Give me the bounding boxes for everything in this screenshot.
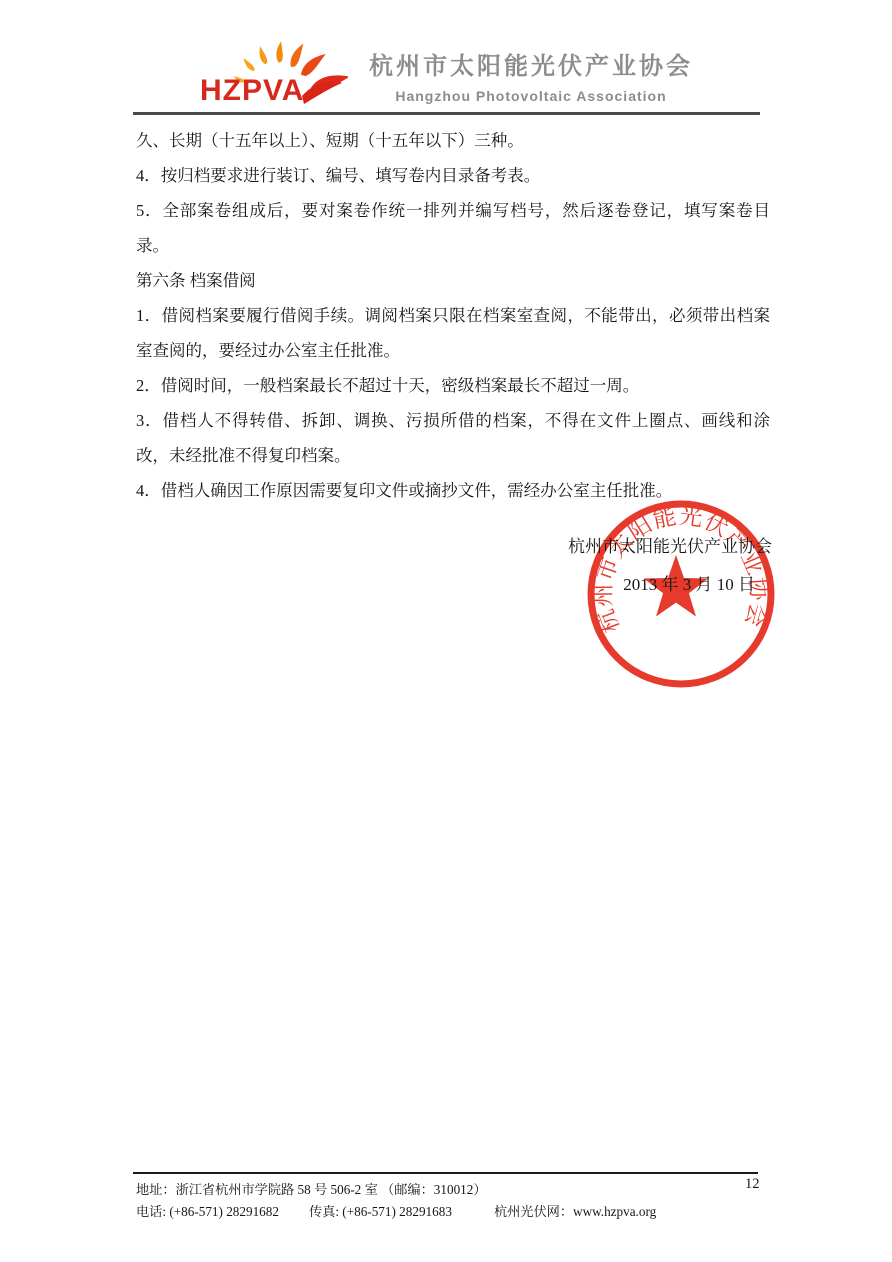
signature-org: 杭州市太阳能光伏产业协会 bbox=[136, 533, 772, 561]
footer-fax: 传真: (+86-571) 28291683 bbox=[309, 1204, 452, 1219]
org-title-block: 杭州市太阳能光伏产业协会 Hangzhou Photovoltaic Assoc… bbox=[368, 46, 694, 104]
paragraph: 3．借档人不得转借、拆卸、调换、污损所借的档案，不得在文件上圈点、画线和涂改，未… bbox=[136, 403, 770, 473]
org-name-en: Hangzhou Photovoltaic Association bbox=[368, 88, 694, 104]
paragraph: 1．借阅档案要履行借阅手续。调阅档案只限在档案室查阅，不能带出，必须带出档案室查… bbox=[136, 298, 770, 368]
document-page: HZPVA 杭州市太阳能光伏产业协会 Hangzhou Photovoltaic… bbox=[0, 0, 892, 1262]
section-heading: 第六条 档案借阅 bbox=[136, 263, 770, 298]
footer-contact-block: 地址：浙江省杭州市学院路 58 号 506-2 室 （邮编：310012） 电话… bbox=[136, 1179, 766, 1223]
footer-contacts-line: 电话: (+86-571) 28291682传真: (+86-571) 2829… bbox=[136, 1201, 766, 1223]
footer-address: 地址：浙江省杭州市学院路 58 号 506-2 室 （邮编：310012） bbox=[136, 1179, 766, 1201]
document-body: 久、长期（十五年以上）、短期（十五年以下）三种。 4．按归档要求进行装订、编号、… bbox=[136, 123, 770, 508]
footer-divider bbox=[133, 1172, 758, 1174]
header-divider bbox=[133, 112, 760, 115]
signature-block: 杭州市太阳能光伏产业协会 2013 年 3 月 10 日 bbox=[136, 533, 772, 599]
org-name-zh: 杭州市太阳能光伏产业协会 bbox=[368, 46, 694, 81]
footer-phone: 电话: (+86-571) 28291682 bbox=[136, 1204, 279, 1219]
logo-text: HZPVA bbox=[200, 74, 304, 107]
paragraph: 4．按归档要求进行装订、编号、填写卷内目录备考表。 bbox=[136, 158, 770, 193]
paragraph: 2．借阅时间，一般档案最长不超过十天，密级档案最长不超过一周。 bbox=[136, 368, 770, 403]
footer-website: 杭州光伏网：www.hzpva.org bbox=[494, 1204, 656, 1219]
paragraph: 4．借档人确因工作原因需要复印文件或摘抄文件，需经办公室主任批准。 bbox=[136, 473, 770, 508]
paragraph: 5．全部案卷组成后，要对案卷作统一排列并编写档号，然后逐卷登记，填写案卷目录。 bbox=[136, 193, 770, 263]
sun-flame-logo-icon: HZPVA bbox=[190, 30, 348, 112]
signature-date: 2013 年 3 月 10 日 bbox=[136, 571, 772, 599]
paragraph: 久、长期（十五年以上）、短期（十五年以下）三种。 bbox=[136, 123, 770, 158]
hzpva-logo: HZPVA bbox=[190, 30, 348, 112]
